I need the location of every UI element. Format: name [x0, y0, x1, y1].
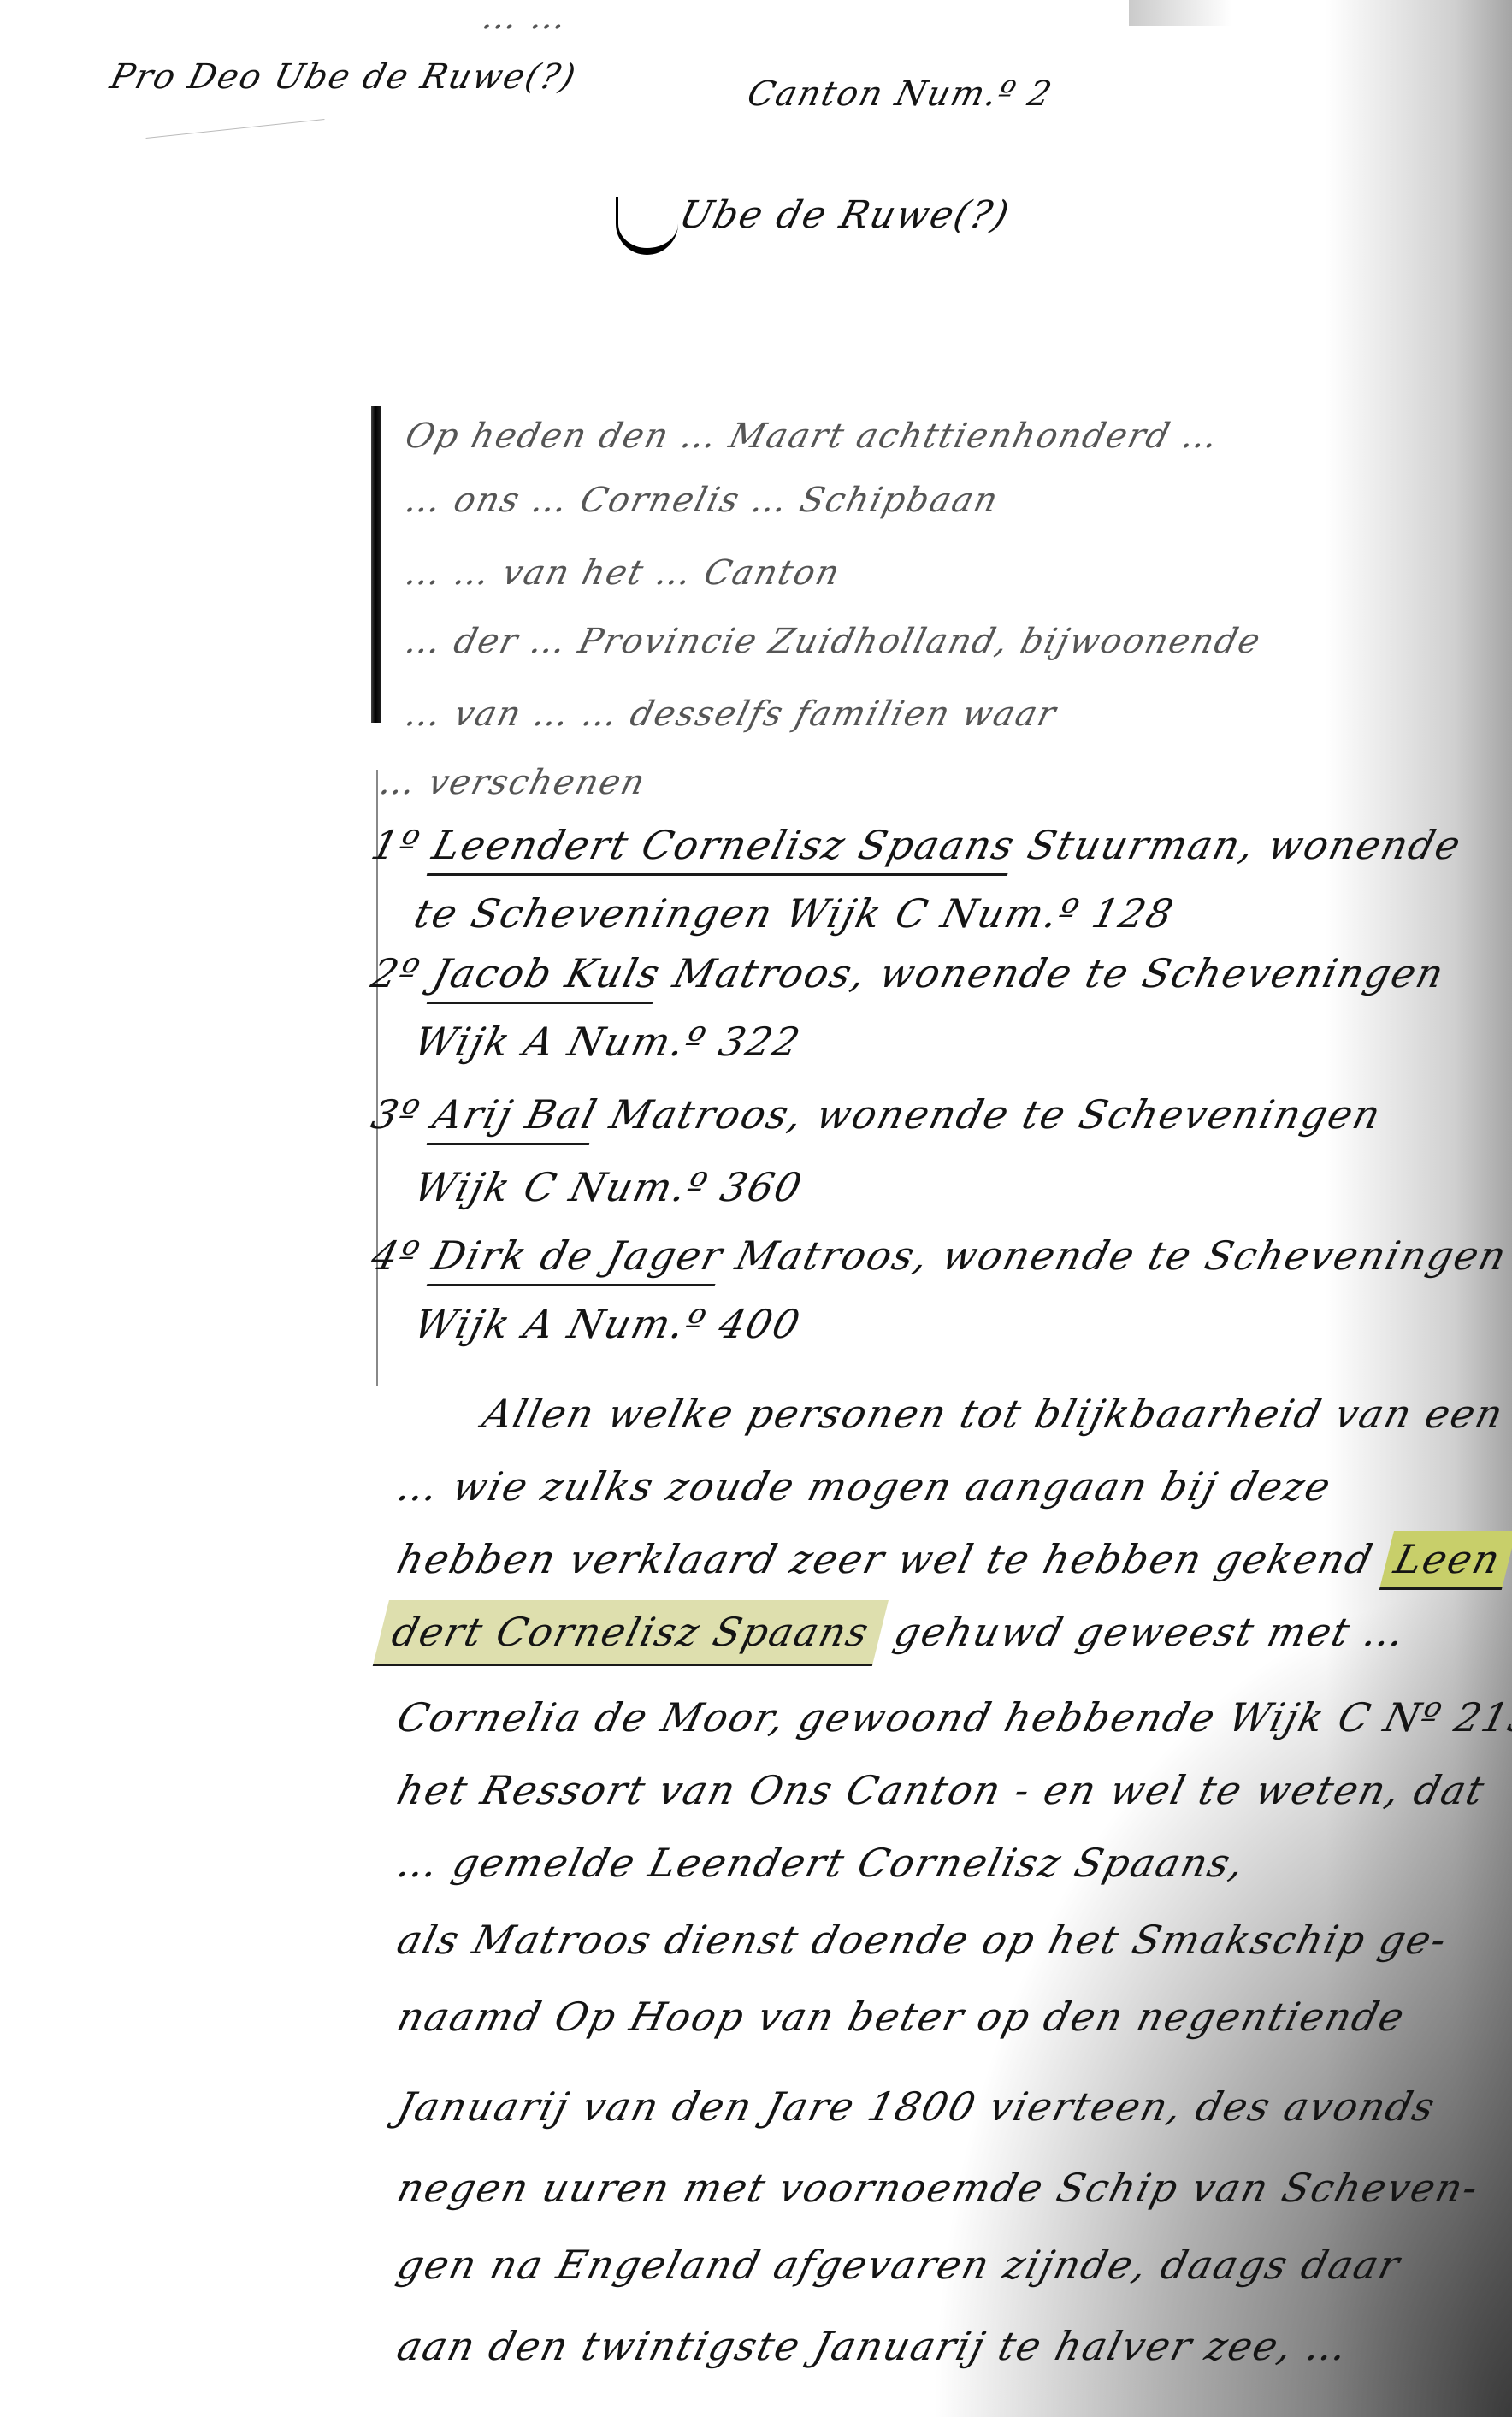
- document-title: Ube de Ruwe(?): [676, 197, 1014, 234]
- witness-name: Arij Bal: [426, 1091, 602, 1145]
- witness-role: Matroos, wonende te Scheveningen: [669, 950, 1450, 996]
- witness-name: Dirk de Jager: [426, 1232, 729, 1286]
- title-flourish: [616, 197, 678, 255]
- divider: [146, 119, 325, 139]
- witness-number: 1º: [367, 822, 425, 868]
- canton-label: Canton Num.º 2: [744, 77, 1056, 111]
- witness-name: Jacob Kuls: [426, 950, 665, 1004]
- witness-number: 2º: [367, 950, 425, 996]
- top-fragment: … …: [479, 0, 572, 34]
- scan-artifact: [1129, 0, 1231, 26]
- body-line-12: gen na Engeland afgevaren zijnde, daags …: [393, 2245, 1405, 2284]
- witness-name: Leendert Cornelisz Spaans: [426, 822, 1020, 876]
- body-line-3: hebben verklaard zeer wel te hebben geke…: [393, 1536, 1379, 1582]
- intro-line-5: … van … … desselfs familien waar: [402, 697, 1060, 731]
- body-line-11: negen uuren met voornoemde Schip van Sch…: [393, 2168, 1484, 2207]
- witness-address: Wijk A Num.º 322: [410, 1022, 805, 1061]
- body-line-6: het Ressort van Ons Canton - en wel te w…: [393, 1770, 1490, 1810]
- body-line-10: Januarij van den Jare 1800 vierteen, des…: [393, 2087, 1440, 2126]
- intro-line-6: … verschenen: [376, 765, 650, 800]
- witness-number: 3º: [367, 1091, 425, 1138]
- body-line-9: naamd Op Hoop van beter op den negentien…: [393, 1997, 1409, 2036]
- intro-line-2: … ons … Cornelis … Schipbaan: [402, 483, 1002, 517]
- intro-line-3: … … van het … Canton: [402, 556, 844, 590]
- margin-bar: [371, 406, 381, 723]
- witness-address: Wijk A Num.º 400: [410, 1304, 805, 1344]
- witness-role: Stuurman, wonende: [1023, 822, 1467, 868]
- witness-role: Matroos, wonende te Scheveningen: [731, 1232, 1512, 1279]
- highlighted-name-part-1: Leen: [1379, 1531, 1512, 1590]
- margin-note: Pro Deo Ube de Ruwe(?): [107, 60, 580, 94]
- highlighted-name-part-2: dert Cornelisz Spaans: [373, 1600, 889, 1666]
- witness-address: Wijk C Num.º 360: [410, 1167, 806, 1207]
- body-line-5: Cornelia de Moor, gewoond hebbende Wijk …: [393, 1698, 1512, 1737]
- body-line-1: Allen welke personen tot blijkbaarheid v…: [479, 1394, 1509, 1433]
- witness-role: Matroos, wonende te Scheveningen: [605, 1091, 1386, 1138]
- intro-line-1: Op heden den … Maart achttienhonderd …: [402, 419, 1223, 453]
- body-line-7: … gemelde Leendert Cornelisz Spaans,: [393, 1843, 1249, 1882]
- witness-address: te Scheveningen Wijk C Num.º 128: [410, 894, 1178, 933]
- body-line-4: gehuwd geweest met …: [889, 1609, 1411, 1655]
- body-line-8: als Matroos dienst doende op het Smaksch…: [393, 1920, 1452, 1959]
- document-page: … … Pro Deo Ube de Ruwe(?) Canton Num.º …: [0, 0, 1512, 2417]
- intro-line-4: … der … Provincie Zuidholland, bijwoonen…: [402, 624, 1265, 659]
- body-line-13: aan den twintigste Januarij te halver ze…: [393, 2326, 1353, 2366]
- body-line-2: … wie zulks zoude mogen aangaan bij deze: [393, 1467, 1336, 1506]
- witness-number: 4º: [367, 1232, 425, 1279]
